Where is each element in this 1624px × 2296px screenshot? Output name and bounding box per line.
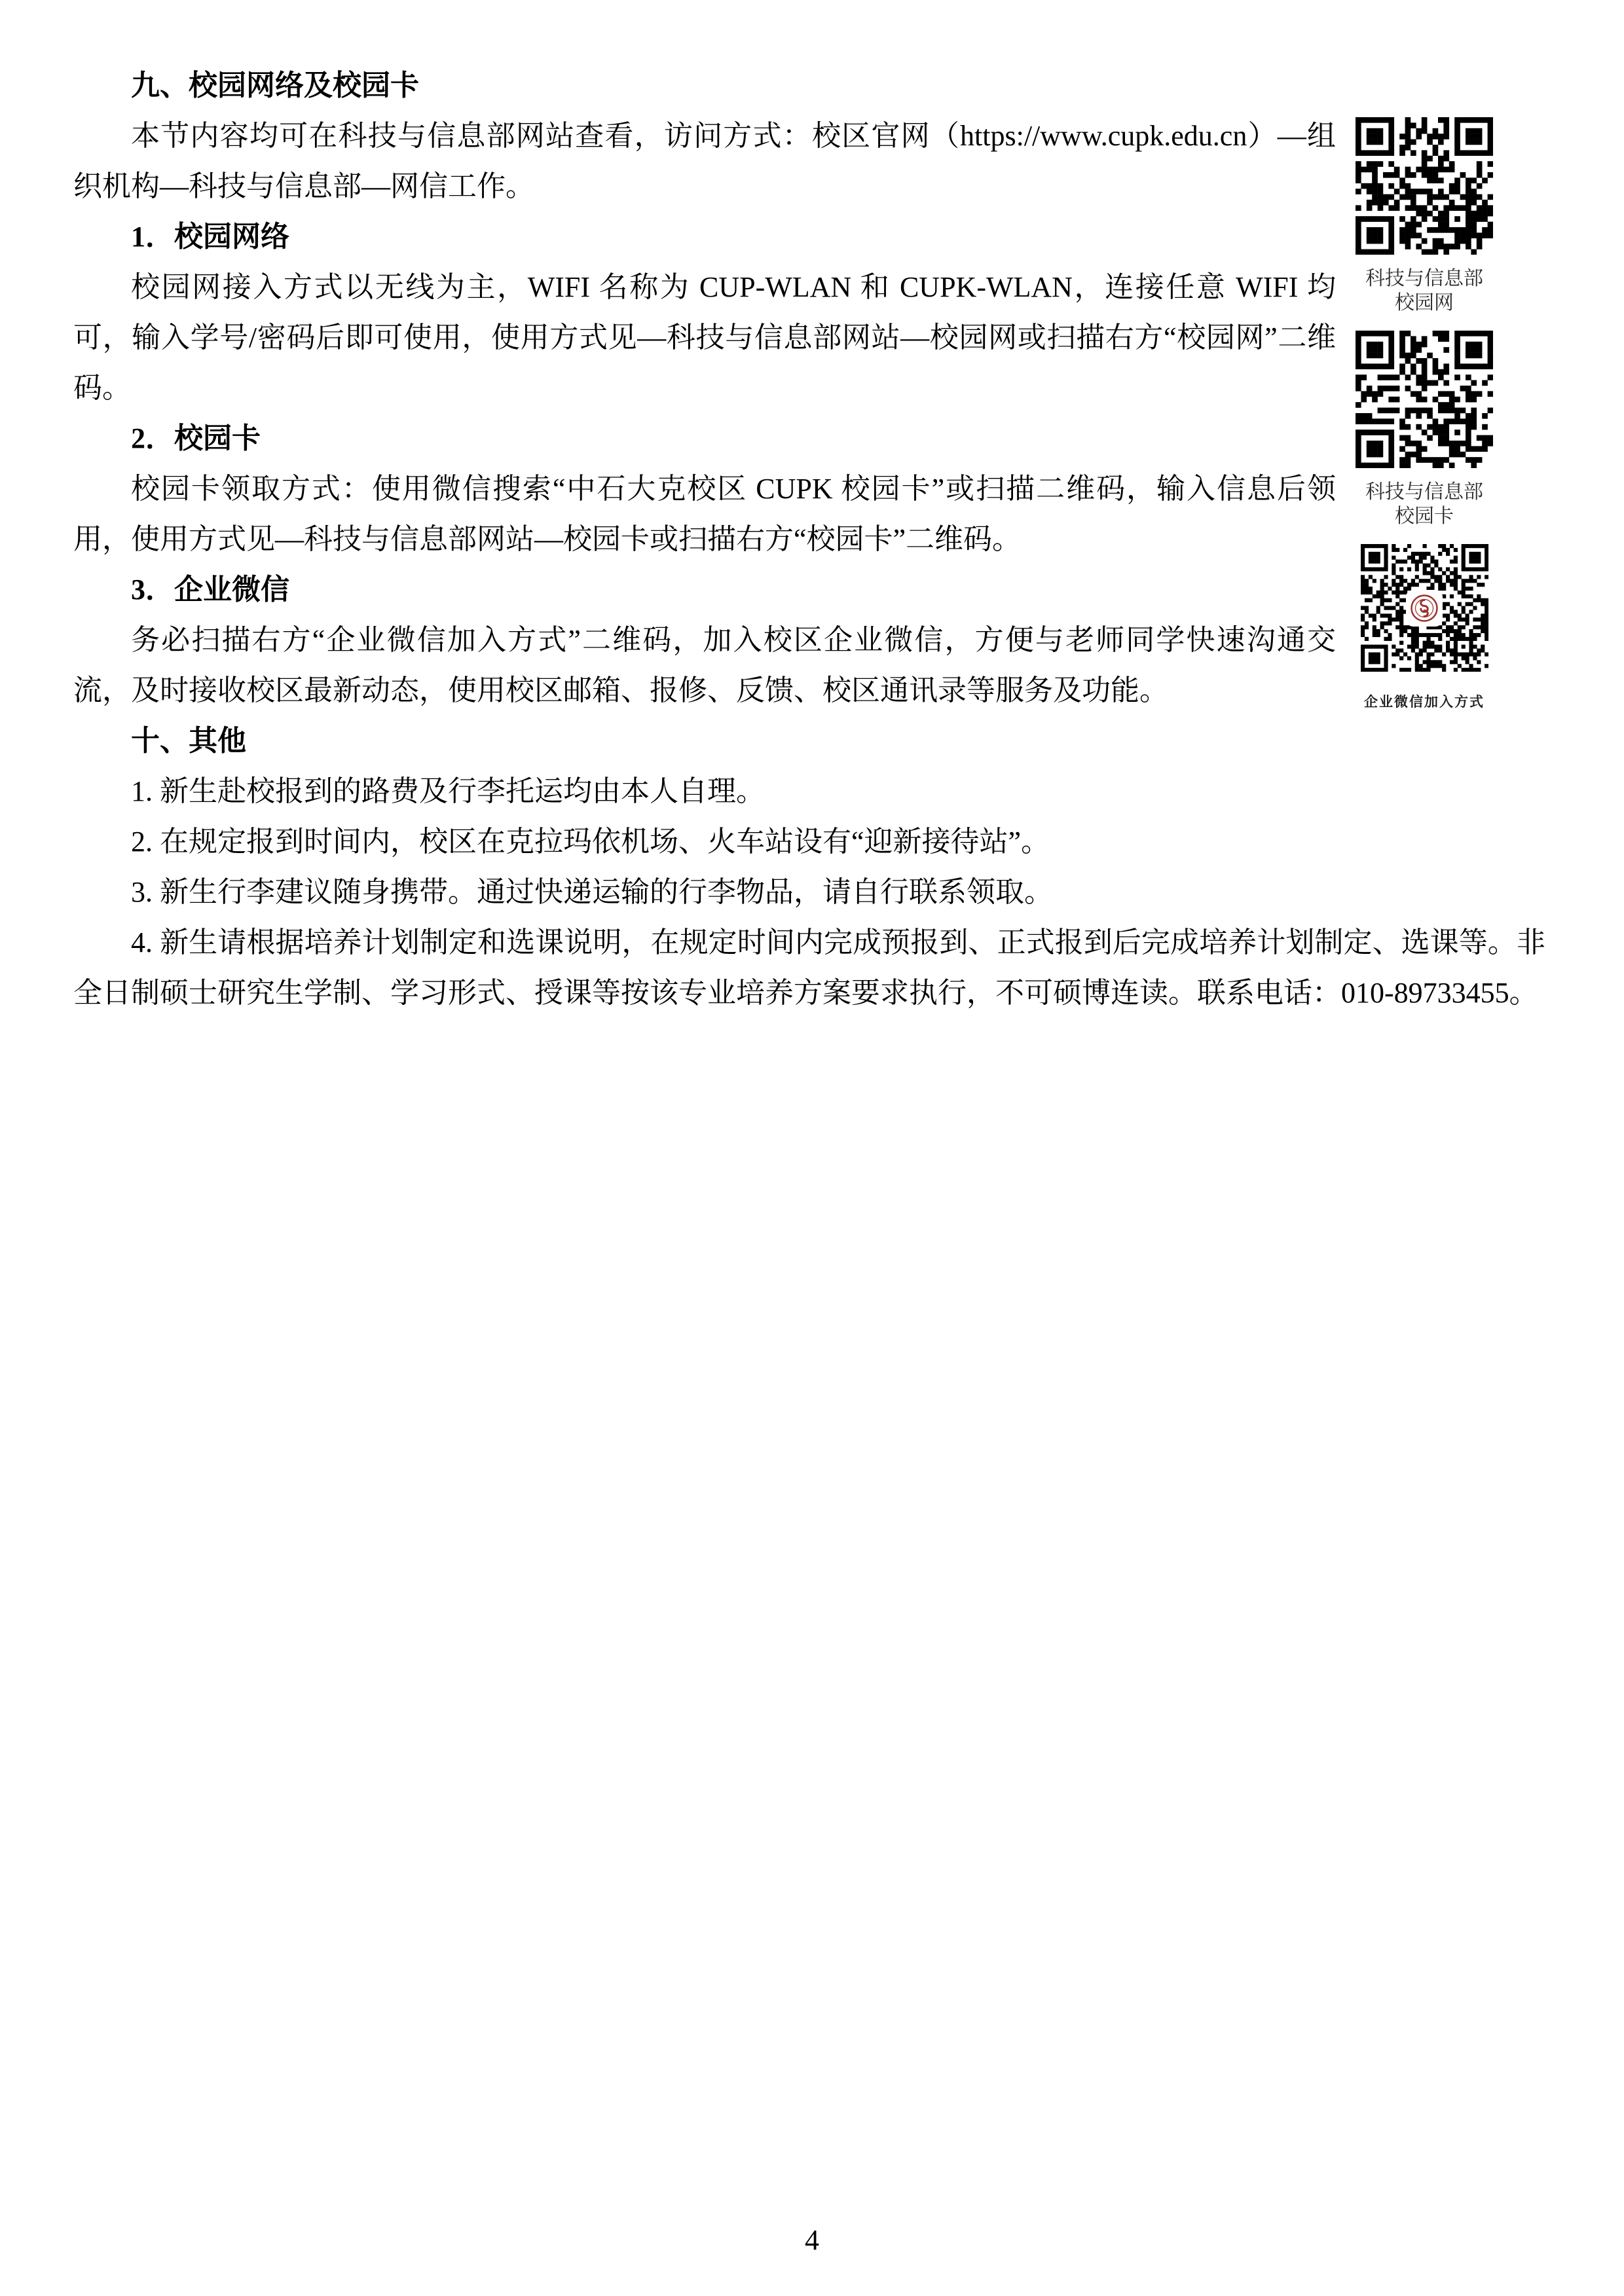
page-number: 4 [0,2223,1624,2257]
qr-caption-line: 校园网 [1356,291,1493,315]
campus-network-paragraph: 校园网接入方式以无线为主，WIFI 名称为 CUP-WLAN 和 CUPK-WL… [73,262,1545,413]
qr-sidebar: 科技与信息部 校园网 科技与信息部 校园卡 [1336,111,1545,727]
qr-block-campus-card: 科技与信息部 校园卡 [1356,331,1493,528]
qr-caption-line: 科技与信息部 [1356,480,1493,504]
subsection-2-title: 2．校园卡 [73,413,1545,464]
other-item-2: 2. 在规定报到时间内，校区在克拉玛依机场、火车站设有“迎新接待站”。 [73,816,1545,867]
campus-card-qr-caption: 科技与信息部 校园卡 [1356,480,1493,528]
other-item-1: 1. 新生赴校报到的路费及行李托运均由本人自理。 [73,766,1545,816]
campus-network-qr-code [1356,117,1493,255]
qr-caption-line: 校园卡 [1356,504,1493,528]
page-content: 九、校园网络及校园卡 科技与信息部 校园网 科技与信息部 校园卡 [0,0,1624,1018]
qr-block-wecom-join: 企业微信加入方式 [1356,544,1493,727]
document-page: 九、校园网络及校园卡 科技与信息部 校园网 科技与信息部 校园卡 [0,0,1624,2296]
other-item-4: 4. 新生请根据培养计划制定和选课说明，在规定时间内完成预报到、正式报到后完成培… [73,917,1545,1018]
section-9-title: 九、校园网络及校园卡 [73,60,1545,111]
cup-university-logo [1407,591,1441,625]
qr-caption-line: 科技与信息部 [1356,266,1493,291]
wecom-join-qr-caption: 企业微信加入方式 [1356,677,1493,727]
other-item-3: 3. 新生行李建议随身携带。通过快递运输的行李物品，请自行联系领取。 [73,867,1545,917]
section-10-title: 十、其他 [73,716,1545,766]
campus-card-qr-code [1356,331,1493,468]
wecom-join-qr-code [1361,544,1488,672]
qr-block-campus-network: 科技与信息部 校园网 [1356,117,1493,315]
section-9-intro: 本节内容均可在科技与信息部网站查看，访问方式：校区官网（https://www.… [73,111,1545,211]
campus-card-paragraph: 校园卡领取方式：使用微信搜索“中石大克校区 CUPK 校园卡”或扫描二维码，输入… [73,464,1545,564]
wecom-paragraph: 务必扫描右方“企业微信加入方式”二维码，加入校区企业微信，方便与老师同学快速沟通… [73,615,1545,716]
subsection-1-title: 1．校园网络 [73,211,1545,262]
subsection-3-title: 3．企业微信 [73,564,1545,615]
campus-network-qr-caption: 科技与信息部 校园网 [1356,266,1493,315]
cup-logo-emblem [1410,594,1439,623]
